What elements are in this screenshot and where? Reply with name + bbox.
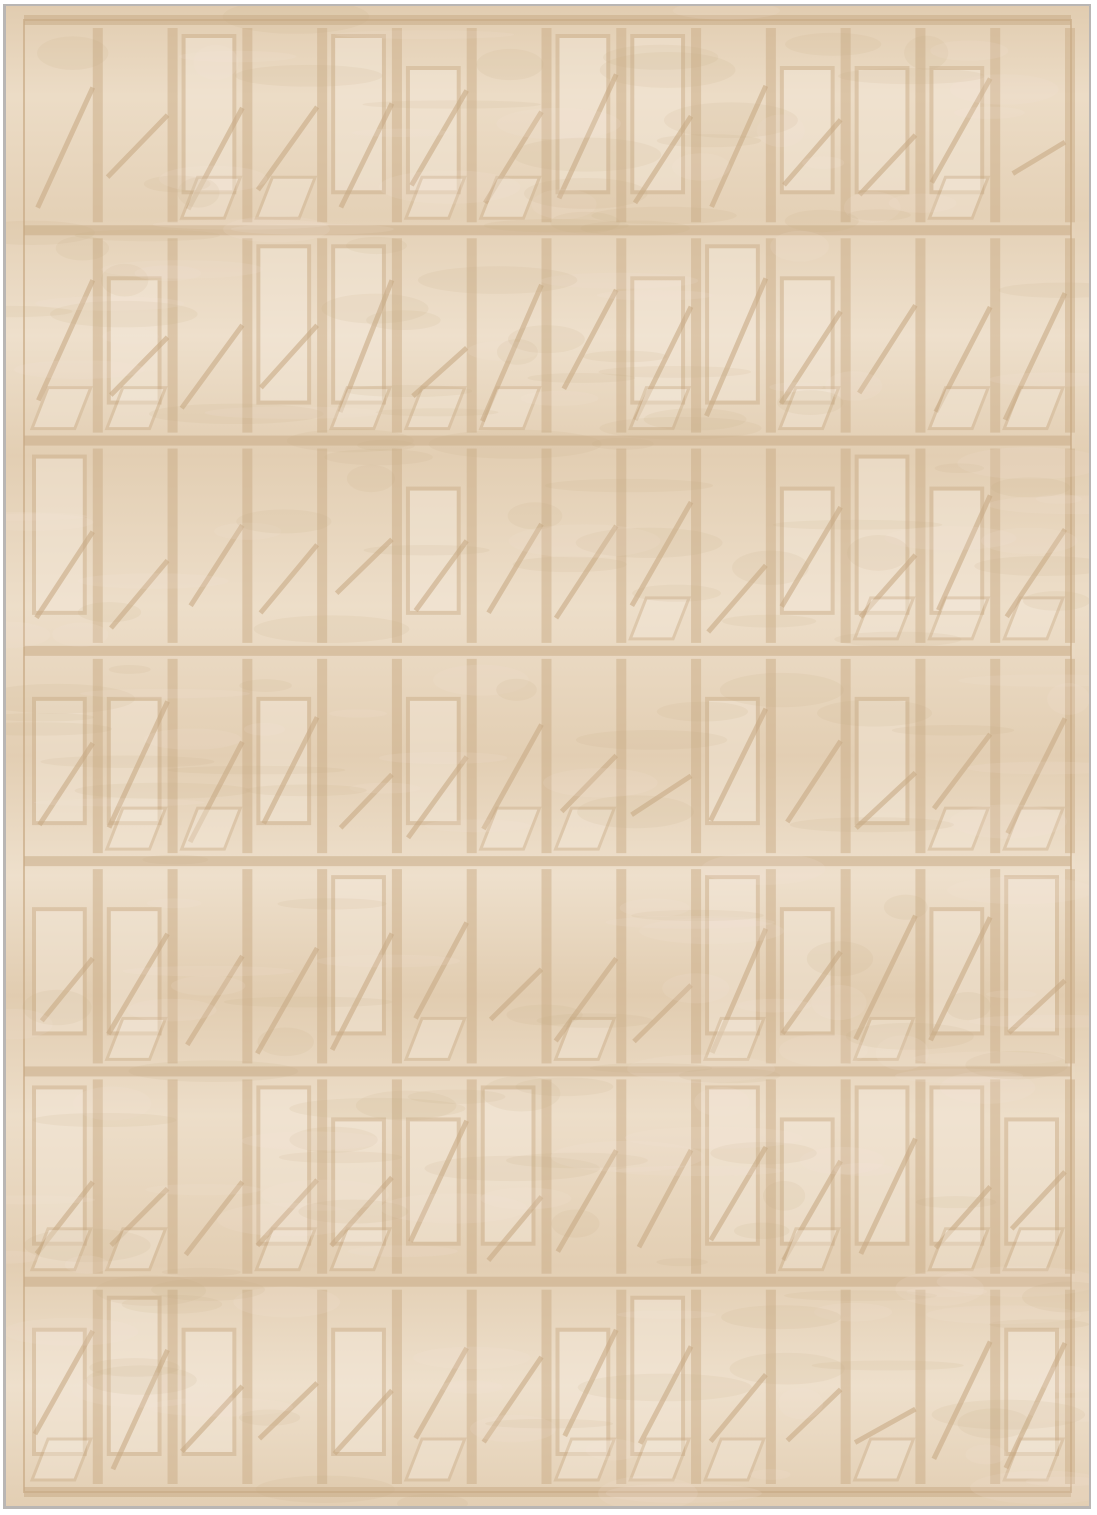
rug-image bbox=[6, 6, 1089, 1506]
rug-pattern bbox=[6, 6, 1089, 1506]
